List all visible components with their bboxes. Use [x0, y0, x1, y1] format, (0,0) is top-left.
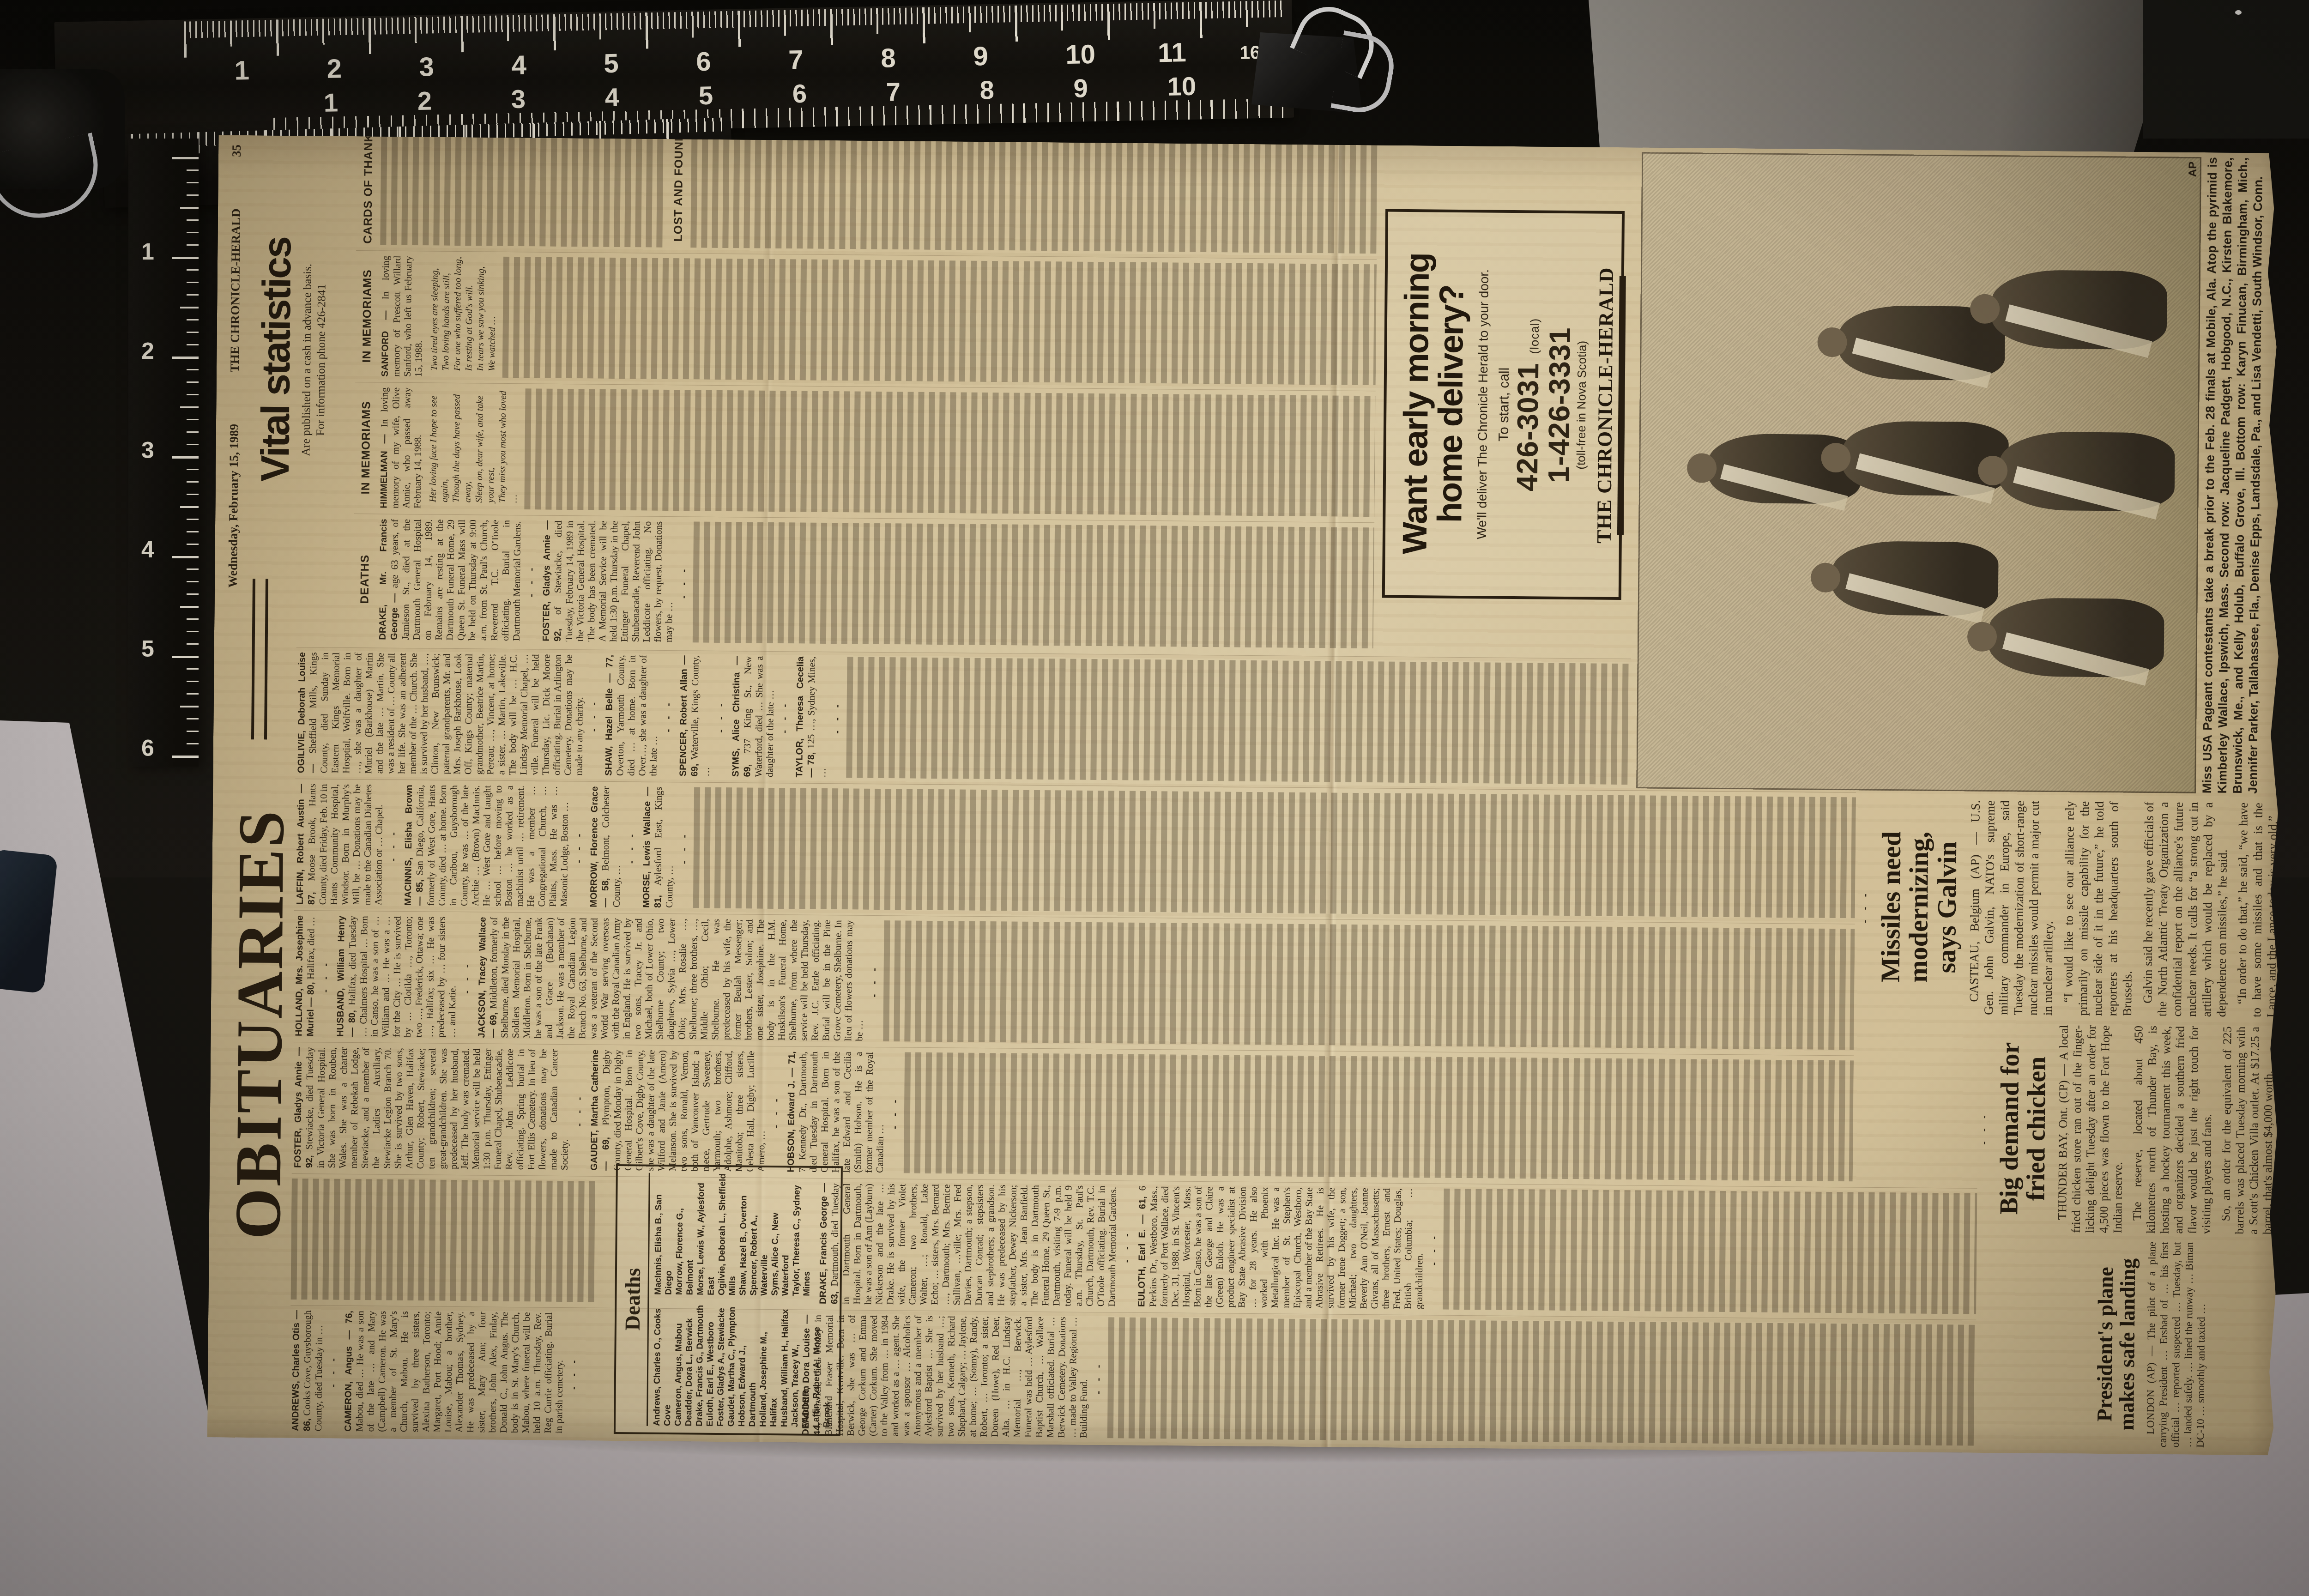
verse-line: They miss you most who loved … — [496, 388, 520, 503]
ad-headline-line2: home delivery? — [1432, 212, 1470, 596]
vital-column-memoriams-2: IN MEMORIAMS SANFORD — In loving memory … — [355, 250, 1377, 385]
headline-line: makes safe landing — [2116, 1241, 2140, 1447]
ad-phone-local: 426-3031 (local) — [1511, 213, 1545, 597]
headline-line: modernizing, — [1904, 799, 1934, 1015]
unreadable-text — [380, 124, 667, 248]
ruler-number: 7 — [886, 79, 901, 105]
cards-of-thanks-header: CARDS OF THANKS — [361, 124, 375, 245]
masthead-title: THE CHRONICLE-HERALD — [229, 208, 242, 372]
unreadable-text — [1107, 1317, 1976, 1445]
vital-statistics-header: Vital statistics Are published on a cash… — [255, 202, 330, 517]
news-headline: Big demand for fried chicken — [1995, 1024, 2051, 1233]
memoriam-himmelman: HIMMELMAN — In loving memory of my wife,… — [378, 387, 423, 509]
obit-divider: - - - — [1094, 1317, 1104, 1438]
obituary-foster: FOSTER, Gladys Annie — 92, Stewiacke, di… — [292, 1047, 571, 1170]
obit-divider: - - - — [771, 1051, 781, 1172]
obituary-cameron: CAMERON, Angus — 76, Mabou, died … He wa… — [342, 1311, 565, 1433]
obituary-ogilvie: OGILIVIE, Deborah Louise — Sheffield Mil… — [295, 652, 585, 775]
obituary-deadder: DEADDER, Dora Louise — 44, Berwick, died… — [800, 1315, 1090, 1438]
ruler-number: 1 — [141, 240, 154, 263]
news-body: THUNDER BAY, Ont. (CP) — A local fried c… — [2055, 1025, 2275, 1234]
obituary-jackson: JACKSON, Tracey Wallace — 69, Middleton,… — [476, 917, 865, 1041]
news-paragraph: So, an order for the equivalent of 225 b… — [2219, 1026, 2275, 1234]
ad-headline: Want early morning home delivery? — [1397, 212, 1470, 596]
obit-divider: - - - — [1122, 1186, 1132, 1307]
obits: LAFFIN, Robert Austin — 87, Moose Brook,… — [294, 784, 694, 908]
unreadable-text — [693, 787, 1856, 919]
news-paragraph: THUNDER BAY, Ont. (CP) — A local fried c… — [2055, 1025, 2127, 1233]
binder-clip-left — [0, 60, 148, 212]
ruler-number: 5 — [698, 83, 713, 109]
unreadable-text — [690, 127, 1378, 254]
ruler-number: 5 — [141, 637, 154, 660]
news-headline: President's plane makes safe landing — [2093, 1241, 2140, 1447]
obits: FOSTER, Gladys Annie — 92, Stewiacke, di… — [292, 1047, 905, 1173]
news-president-plane: President's plane makes safe landing LON… — [2091, 1241, 2273, 1448]
obit-divider: - - - — [890, 1052, 900, 1173]
ruler-number: 2 — [141, 339, 154, 363]
index-box-gap — [583, 1312, 801, 1435]
vital-statistics-title: Vital statistics — [255, 202, 297, 517]
news-headline: Missiles need modernizing, says Galvin — [1876, 799, 1962, 1015]
phone-number: 426-3031 — [1511, 363, 1545, 491]
memoriam-verse: Her loving face I hope to see again,Thou… — [427, 387, 520, 509]
ruler-number: 4 — [141, 538, 154, 561]
ruler-number: 1 — [234, 57, 249, 85]
obit-divider: - - - — [780, 656, 790, 777]
obituary-spencer: SPENCER, Robert Allan — 69, Waterville, … — [677, 655, 712, 777]
ruler-number: 4 — [511, 52, 526, 79]
ruler-number: 3 — [511, 86, 526, 112]
obituary-taylor: TAYLOR, Theresa Cecelia — 78, 125 …, Syd… — [793, 656, 828, 778]
obituary-shaw: SHAW, Hazel Belle — 77, Overton, Yarmout… — [603, 655, 659, 776]
ruler-number: 1 — [323, 90, 338, 116]
obit-divider: - - - — [663, 655, 673, 776]
obit-divider: - - - — [328, 1311, 338, 1432]
ad-phone-tollfree: 1-426-3331 — [1542, 213, 1576, 597]
vital-column-memoriams: IN MEMORIAMS HIMMELMAN — In loving memor… — [354, 382, 1375, 517]
unreadable-text — [290, 1179, 596, 1302]
home-delivery-ad: Want early morning home delivery? We'll … — [1382, 209, 1625, 600]
obituary-laffin: LAFFIN, Robert Austin — 87, Moose Brook,… — [294, 784, 385, 906]
ruler-number: 10 — [1167, 73, 1196, 100]
in-memoriams-header: IN MEMORIAMS — [358, 387, 373, 508]
ruler-number: 3 — [141, 439, 154, 462]
index-box-gap — [595, 1181, 818, 1304]
obit-divider: - - - — [589, 655, 599, 776]
death-notices: DRAKE, Mr. Francis George — age 63 years… — [377, 519, 694, 643]
unreadable-text — [524, 388, 1375, 517]
ruler-number: 6 — [792, 81, 807, 107]
ruler-number: 5 — [604, 50, 619, 78]
section-divider: - - - — [1979, 1024, 1990, 1232]
obits: DRAKE, Francis George — 63, Dartmouth, d… — [817, 1183, 1444, 1310]
pageant-figure — [1988, 598, 2164, 677]
ruler-number: 9 — [973, 43, 988, 70]
square-vertical-ticks — [172, 157, 199, 762]
verse-line: Sleep on, dear wife, and take your rest, — [473, 388, 497, 502]
ruler-number: 8 — [881, 45, 896, 72]
memoriam-lead: SANFORD — — [380, 310, 391, 376]
ad-brand-rule — [1617, 276, 1626, 535]
obituary-drake: DRAKE, Francis George — 63, Dartmouth, d… — [817, 1183, 1118, 1307]
unreadable-text — [904, 1052, 1854, 1182]
obituary-euloth: EULOTH, Earl E. — 61, 6 Perkins Dr., Wes… — [1136, 1186, 1425, 1309]
in-memoriams-header: IN MEMORIAMS — [360, 255, 375, 376]
unreadable-text — [846, 657, 1631, 785]
ruler-number: 6 — [141, 737, 154, 760]
binder-clip — [1242, 18, 1381, 157]
obit-divider: - - - — [832, 657, 842, 778]
deaths-header: DEATHS — [357, 519, 372, 640]
news-body: CASTEAU, Belgium (AP) — U.S. Gen. John G… — [1966, 800, 2277, 1018]
obit-divider: - - - — [526, 520, 537, 641]
verse-line: For one who suffered too long, — [452, 256, 464, 371]
white-speck — [2235, 10, 2242, 15]
news-missiles-galvin: - - - Missiles need modernizing, says Ga… — [1855, 799, 2277, 1017]
pageant-figure — [1991, 270, 2167, 350]
unreadable-text — [883, 920, 1855, 1050]
news-body: LONDON (AP) — The pilot of a plane carry… — [2144, 1242, 2213, 1448]
headline-line: President's plane — [2093, 1241, 2117, 1447]
obituaries-banner: OBITUARIES — [225, 579, 295, 1239]
photo-credit: AP — [2188, 162, 2199, 177]
ruler-number: 2 — [326, 55, 342, 83]
ruler-number: 2 — [417, 88, 432, 114]
obit-column-6: OGILIVIE, Deborah Louise — Sheffield Mil… — [295, 647, 1631, 785]
obits: HOLLAND, Mrs. Josephine Muriel — 80, Hal… — [293, 915, 884, 1041]
banner-rules — [251, 579, 268, 739]
ruler-number: 9 — [1073, 75, 1088, 102]
ruler-number: 11 — [1158, 39, 1186, 66]
obit-column-3: FOSTER, Gladys Annie — 92, Stewiacke, di… — [292, 1042, 1854, 1181]
obit-divider: - - - — [320, 915, 331, 1036]
news-paragraph: The reserve, located about 450 kilometre… — [2130, 1026, 2215, 1234]
lost-and-found-header: LOST AND FOUND — [671, 127, 686, 248]
obit-divider: - - - — [574, 1049, 585, 1170]
ruler-scales: 1234567891011 16ths 12345678910 8ths — [183, 0, 1285, 139]
unreadable-text — [502, 257, 1377, 385]
ruler-number: 4 — [604, 85, 619, 111]
masthead-date: Wednesday, February 15, 1989 — [227, 424, 241, 588]
news-paragraph: Galvin said he recently gave officials o… — [2140, 802, 2230, 1017]
obit-column-5: LAFFIN, Robert Austin — 87, Moose Brook,… — [294, 779, 1856, 918]
ad-headline-line1: Want early morning — [1397, 212, 1435, 596]
ruler-number: 6 — [696, 48, 711, 76]
obit-column-2: DRAKE, Francis George — 63, Dartmouth, d… — [290, 1173, 1977, 1314]
obits: ANDREWS, Charles Otis — 86, Cooks Cove, … — [290, 1310, 584, 1434]
memoriam-sanford: SANFORD — In loving memory of Prescott W… — [379, 256, 425, 377]
obit-column-4: HOLLAND, Mrs. Josephine Muriel — 80, Hal… — [293, 910, 1855, 1050]
ruler-number: 8 — [979, 77, 994, 103]
memoriam-lead: HIMMELMAN — — [379, 434, 389, 508]
memoriam-verse: Two tired eyes are sleeping,Two loving h… — [429, 256, 499, 377]
obits: DEADDER, Dora Louise — 44, Berwick, died… — [800, 1315, 1108, 1439]
dark-corner — [2143, 0, 2309, 139]
obit-divider: - - - — [627, 786, 637, 907]
headline-line: says Galvin — [1932, 800, 1962, 1015]
headline-line: Big demand for — [1995, 1024, 2024, 1232]
ruler-number: 10 — [1065, 41, 1096, 68]
vital-column-deaths: DEATHS DRAKE, Mr. Francis George — age 6… — [353, 514, 1374, 648]
obituary-drake_n: DRAKE, Mr. Francis George — age 63 years… — [377, 519, 523, 641]
mayes-square-vertical-arm: 123456 — [128, 139, 199, 767]
verse-line: Though the days have passed away, — [450, 388, 474, 502]
obits: OGILIVIE, Deborah Louise — Sheffield Mil… — [295, 652, 847, 778]
masthead: Wednesday, February 15, 1989 THE CHRONIC… — [227, 145, 243, 588]
obituary-morse: MORSE, Lewis Wallace — 81, Aylesford Eas… — [641, 787, 676, 908]
obit-divider: - - - — [679, 787, 689, 908]
pageant-photo: AP — [1636, 152, 2201, 793]
obituary-holland: HOLLAND, Mrs. Josephine Muriel — 80, Hal… — [293, 915, 317, 1036]
ad-tollfree-note: (toll-free in Nova Scotia) — [1573, 213, 1590, 597]
obituary-husband: HUSBAND, William Henry — 80, Halifax, di… — [334, 916, 458, 1038]
phone-number: 1-426-3331 — [1541, 327, 1576, 483]
phone-note: (local) — [1528, 318, 1542, 354]
obit-column-1: ANDREWS, Charles Otis — 86, Cooks Cove, … — [290, 1305, 1976, 1446]
obituary-hobson: HOBSON, Edward J. — 71, 7 Kennedy Dr., D… — [785, 1051, 886, 1173]
obit-divider: - - - — [869, 920, 879, 1041]
masthead-page-number: 35 — [230, 145, 243, 157]
obituary-macinnis: MACINNIS, Elisha Brown — 85, San Diego, … — [402, 785, 570, 907]
news-paragraph: CASTEAU, Belgium (AP) — U.S. Gen. John G… — [1966, 800, 2057, 1016]
newspaper-page: Wednesday, February 15, 1989 THE CHRONIC… — [207, 135, 2292, 1455]
verse-line: Her loving face I hope to see again, — [427, 387, 451, 502]
vital-note-line2: For information phone 426-2841 — [313, 203, 330, 517]
news-fried-chicken: - - - Big demand for fried chicken THUND… — [1974, 1024, 2275, 1235]
section-divider: - - - — [1860, 799, 1871, 1014]
obituaries-banner-text: OBITUARIES — [221, 809, 298, 1239]
news-paragraph: “In order to do that,” he said, “we have… — [2234, 803, 2277, 1018]
photo-caption: Miss USA Pageant contestants take a brea… — [2200, 157, 2266, 794]
verse-line: Two loving hands are still, — [440, 256, 453, 371]
obit-divider: - - - — [1429, 1188, 1439, 1309]
obituary-gaudet: GAUDET, Martha Catherine — 69, Plympton,… — [588, 1050, 768, 1172]
grey-table-wedge — [1589, 0, 2180, 157]
headline-line: Missiles need — [1876, 799, 1906, 1015]
obituary-foster_n: FOSTER, Gladys Annie — 92, of Stewiacke,… — [540, 520, 675, 643]
pageant-figure — [1831, 541, 1998, 616]
obit-divider: - - - — [574, 786, 584, 907]
verse-line: Is resting at God's will. — [463, 256, 476, 371]
ad-brand: THE CHRONICLE-HERALD — [1594, 214, 1617, 597]
obit-divider: - - - — [716, 656, 726, 777]
pageant-figure — [1999, 431, 2175, 511]
obit-divider: - - - — [462, 917, 472, 1038]
headline-line: fried chicken — [2022, 1025, 2051, 1233]
ad-subtext: We'll deliver The Chronicle Herald to yo… — [1473, 212, 1493, 596]
obit-divider: - - - — [679, 521, 689, 642]
vital-statistics-note: Are published on a cash in advance basis… — [298, 203, 330, 517]
unreadable-text — [1443, 1189, 1977, 1314]
verse-line: We watched … — [486, 257, 499, 371]
verse-line: Two tired eyes are sleeping, — [429, 256, 441, 370]
news-paragraph: LONDON (AP) — The pilot of a plane carry… — [2144, 1242, 2208, 1448]
obit-divider: - - - — [388, 785, 399, 906]
obituary-syms: SYMS, Alice Christina — 69, 737 King St.… — [730, 656, 776, 777]
unreadable-text — [693, 521, 1374, 648]
obituary-andrews: ANDREWS, Charles Otis — 86, Cooks Cove, … — [290, 1310, 325, 1432]
ruler-number: 7 — [788, 47, 804, 74]
ruler-number: 3 — [419, 54, 434, 81]
verse-line: In tears we saw you sinking, — [475, 256, 487, 371]
obit-divider: - - - — [569, 1312, 579, 1433]
news-paragraph: “I would like to see our alliance rely p… — [2061, 801, 2136, 1016]
obituary-morrow: MORROW, Florence Grace — 58, Belmont, Co… — [588, 786, 623, 908]
